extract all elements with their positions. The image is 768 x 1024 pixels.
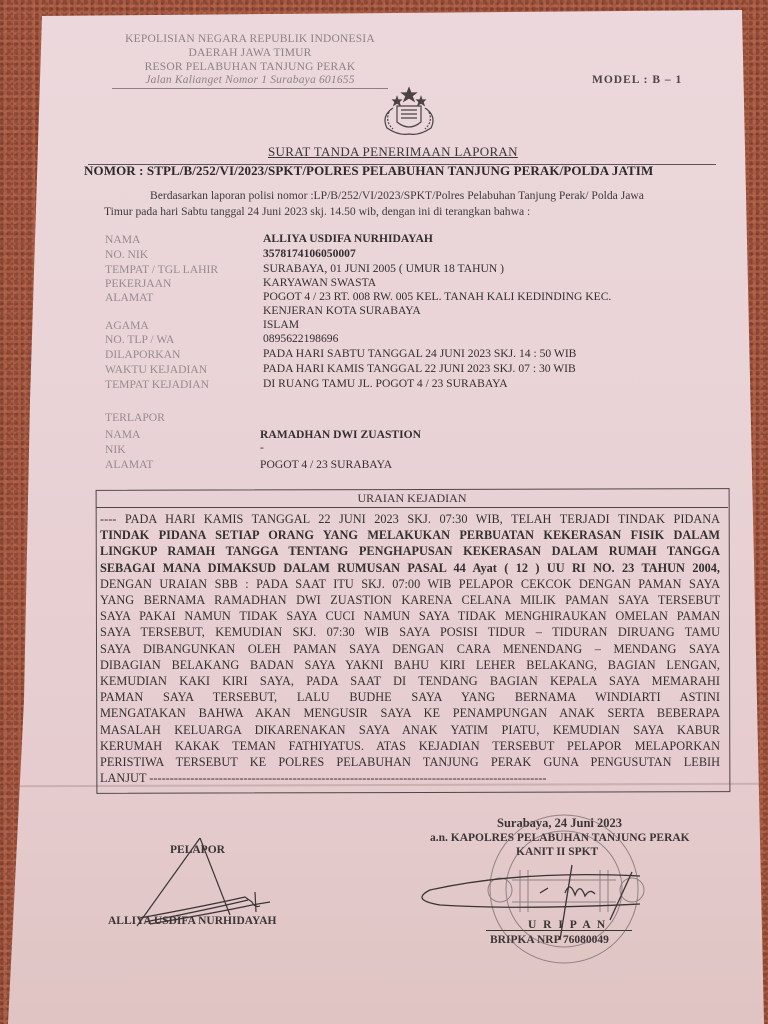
pelapor-signature <box>0 0 768 1024</box>
